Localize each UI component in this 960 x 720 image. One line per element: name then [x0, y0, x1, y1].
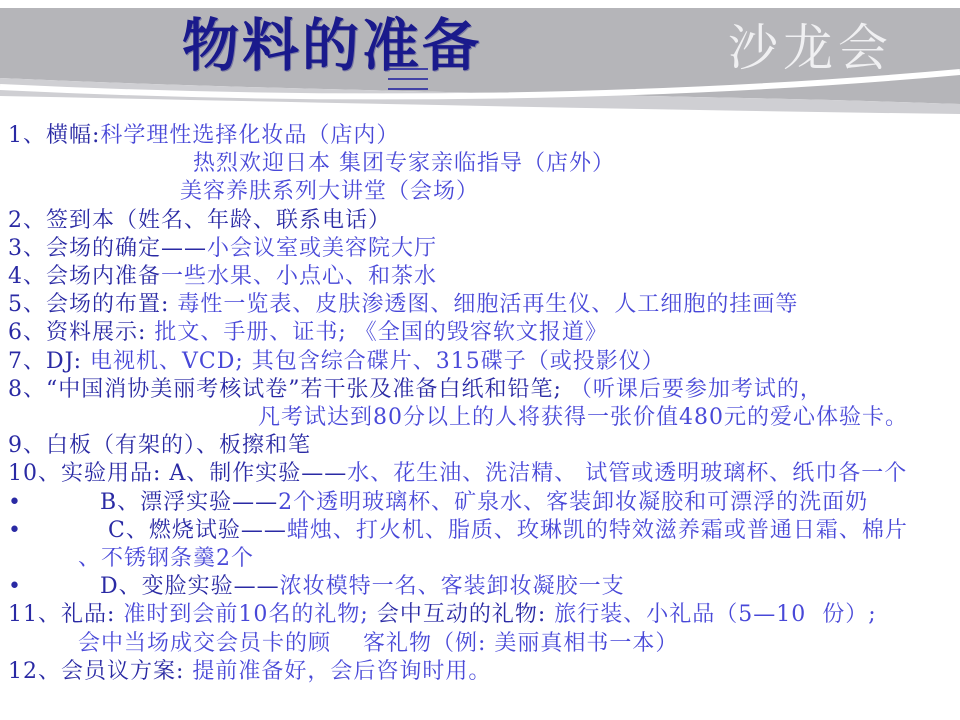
body-row: 热烈欢迎日本 集团专家亲临指导（店外）	[8, 150, 956, 178]
body-row: 8、“中国消协美丽考核试卷”若干张及准备白纸和铅笔; （听课后要参加考试的，	[8, 376, 956, 404]
text-segment: 2、签到本（姓名、年龄、联系电话）	[8, 208, 391, 233]
body-list: 1、横幅:科学理性选择化妆品（店内）热烈欢迎日本 集团专家亲临指导（店外）美容养…	[8, 122, 956, 686]
text-segment: 水、花生油、洗洁精、 试管或透明玻璃杯、纸巾各一个	[347, 461, 907, 486]
text-segment: 会中当场成交会员卡的顾 客礼物（例: 美丽真相书一本）	[78, 631, 678, 656]
text-segment: 蜡烛、打火机、脂质、玫琳凯的特效滋养霜或普通日霜、棉片	[287, 518, 908, 543]
text-segment: 小会议室或美容院大厅	[207, 236, 437, 261]
text-segment: 提前准备好，会后咨询时用。	[192, 659, 491, 684]
bullet-marker: •	[8, 518, 22, 543]
body-row: 凡考试达到80分以上的人将获得一张价值480元的爱心体验卡。	[8, 404, 956, 432]
text-segment: 会中互动的礼物:	[377, 602, 554, 627]
body-row: 7、DJ: 电视机、VCD; 其包含综合碟片、315碟子（或投影仪）	[8, 348, 956, 376]
text-segment: 6、资料展示:	[8, 320, 154, 345]
body-row: 2、签到本（姓名、年龄、联系电话）	[8, 207, 956, 235]
header-band: 物料的准备 沙龙会	[0, 0, 960, 132]
text-segment: 旅行装、小礼品（5—10 份）;	[554, 602, 876, 627]
text-segment: 横幅:	[46, 123, 100, 148]
text-segment: 10、实验用品: A、制作实验——	[8, 461, 347, 486]
text-segment: 2个透明玻璃杯、矿泉水、客装卸妆凝胶和可漂浮的洗面奶	[278, 490, 868, 515]
text-segment: 电视机、VCD; 其包含综合碟片、315碟子（或投影仪）	[90, 349, 665, 374]
body-row: 5、会场的布置: 毒性一览表、皮肤渗透图、细胞活再生仪、人工细胞的挂画等	[8, 291, 956, 319]
text-segment: 4、会场内准备	[8, 264, 161, 289]
text-segment: 7、DJ:	[8, 349, 90, 374]
body-row: 会中当场成交会员卡的顾 客礼物（例: 美丽真相书一本）	[8, 630, 956, 658]
text-segment: 一些水果、小点心、和茶水	[161, 264, 437, 289]
text-segment: 9、白板（有架的）、板擦和笔	[8, 433, 311, 458]
text-segment: C、燃烧试验——	[22, 518, 287, 543]
text-segment: 5、会场的布置:	[8, 292, 177, 317]
text-segment: D、变脸实验——	[22, 574, 280, 599]
text-segment: 3、会场的确定——	[8, 236, 207, 261]
body-row: 、不锈钢条羹2个	[8, 545, 956, 573]
presentation-slide: 物料的准备 沙龙会 1、横幅:科学理性选择化妆品（店内）热烈欢迎日本 集团专家亲…	[0, 0, 960, 720]
body-row: 美容养肤系列大讲堂（会场）	[8, 178, 956, 206]
item-number: 1、	[8, 123, 46, 148]
bullet-marker: •	[8, 574, 22, 599]
text-segment: 美容养肤系列大讲堂（会场）	[180, 179, 479, 204]
body-row: 3、会场的确定——小会议室或美容院大厅	[8, 235, 956, 263]
text-segment: 毒性一览表、皮肤渗透图、细胞活再生仪、人工细胞的挂画等	[177, 292, 798, 317]
body-row: •D、变脸实验——浓妆模特一名、客装卸妆凝胶一支	[8, 573, 956, 601]
brand-text: 沙龙会	[728, 16, 893, 80]
body-row: •B、漂浮实验——2个透明玻璃杯、矿泉水、客装卸妆凝胶和可漂浮的洗面奶	[8, 489, 956, 517]
text-segment: B、漂浮实验——	[22, 490, 278, 515]
slide-title: 物料的准备	[182, 8, 482, 86]
body-row: 1、横幅:科学理性选择化妆品（店内）	[8, 122, 956, 150]
text-segment: （听课后要参加考试的，	[570, 377, 823, 402]
body-row: 4、会场内准备一些水果、小点心、和茶水	[8, 263, 956, 291]
text-segment: 浓妆模特一名、客装卸妆凝胶一支	[280, 574, 625, 599]
body-row: 11、礼品: 准时到会前10名的礼物; 会中互动的礼物: 旅行装、小礼品（5—1…	[8, 601, 956, 629]
body-row: 9、白板（有架的）、板擦和笔	[8, 432, 956, 460]
text-segment: 热烈欢迎日本 集团专家亲临指导（店外）	[193, 151, 615, 176]
text-segment: 11、礼品:	[8, 602, 123, 627]
text-segment: 批文、手册、证书; 《全国的毁容软文报道》	[154, 320, 607, 345]
title-stroke-artifact	[388, 60, 428, 92]
bullet-marker: •	[8, 490, 22, 515]
text-segment: 12、会员议方案:	[8, 659, 192, 684]
text-segment: 、不锈钢条羹2个	[78, 546, 254, 571]
body-row: 10、实验用品: A、制作实验——水、花生油、洗洁精、 试管或透明玻璃杯、纸巾各…	[8, 460, 956, 488]
text-segment: 准时到会前10名的礼物;	[123, 602, 376, 627]
body-row: 6、资料展示: 批文、手册、证书; 《全国的毁容软文报道》	[8, 319, 956, 347]
body-row: 12、会员议方案: 提前准备好，会后咨询时用。	[8, 658, 956, 686]
text-segment: 凡考试达到80分以上的人将获得一张价值480元的爱心体验卡。	[258, 405, 908, 430]
text-segment: 科学理性选择化妆品（店内）	[100, 123, 399, 148]
body-row: •C、燃烧试验——蜡烛、打火机、脂质、玫琳凯的特效滋养霜或普通日霜、棉片	[8, 517, 956, 545]
text-segment: 8、“中国消协美丽考核试卷”若干张及准备白纸和铅笔;	[8, 377, 570, 402]
